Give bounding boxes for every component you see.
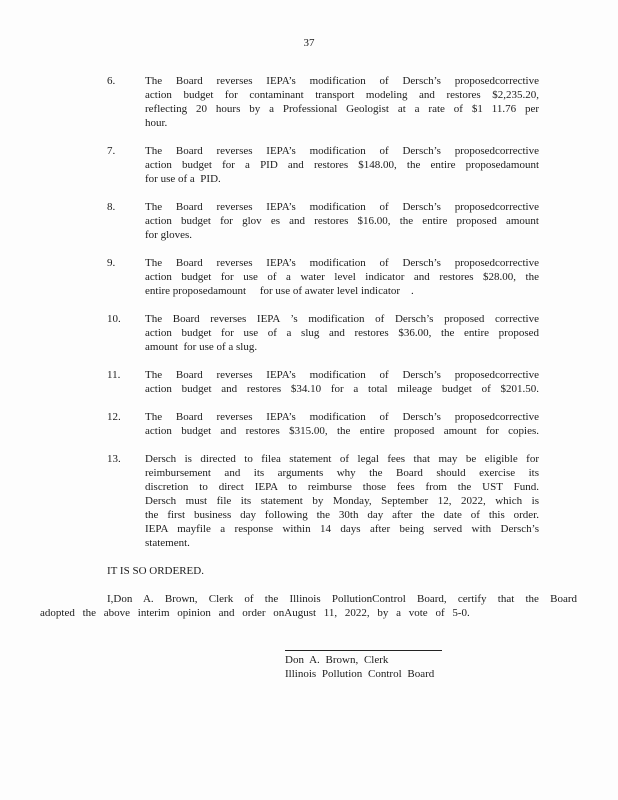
text-line: The Board reverses IEPA’s modification o… [145,74,539,88]
text-line: action budget and restores $315.00, the … [145,424,539,438]
order-list: 6.The Board reverses IEPA’s modification… [107,74,539,550]
text-line: Dersch must file its statement by Monday… [145,494,539,508]
text-line: The Board reverses IEPA’s modification o… [145,144,539,158]
item-number: 10. [107,312,145,354]
text-line: reimbursement and its arguments why the … [145,466,539,480]
signature-block: Don A. Brown, Clerk Illinois Pollution C… [285,650,455,681]
item-text: The Board reverses IEPA’s modification o… [145,368,539,396]
text-line: IEPA mayfile a response within 14 days a… [145,522,539,536]
order-item: 13.Dersch is directed to filea statement… [107,452,539,550]
text-line: The Board reverses IEPA’s modification o… [145,410,539,424]
text-line: hour. [145,116,539,130]
page-number: 37 [0,36,618,50]
item-number: 7. [107,144,145,186]
order-item: 12.The Board reverses IEPA’s modificatio… [107,410,539,438]
item-text: The Board reverses IEPA ’s modification … [145,312,539,354]
document-page: 37 6.The Board reverses IEPA’s modificat… [0,0,618,800]
item-text: Dersch is directed to filea statement of… [145,452,539,550]
certification-line-2: adopted the above interim opinion and or… [40,606,577,620]
text-line: action budget for a PID and restores $14… [145,158,539,172]
item-text: The Board reverses IEPA’s modification o… [145,144,539,186]
text-line: for use of a PID. [145,172,539,186]
item-number: 8. [107,200,145,242]
certification-paragraph: I,Don A. Brown, Clerk of the Illinois Po… [40,592,577,620]
text-line: amount for use of a slug. [145,340,539,354]
item-number: 13. [107,452,145,550]
order-item: 11.The Board reverses IEPA’s modificatio… [107,368,539,396]
text-line: the first business day following the 30t… [145,508,539,522]
item-text: The Board reverses IEPA’s modification o… [145,410,539,438]
text-line: discretion to direct IEPA to reimburse t… [145,480,539,494]
text-line: action budget for use of a water level i… [145,270,539,284]
text-line: The Board reverses IEPA’s modification o… [145,368,539,382]
item-text: The Board reverses IEPA’s modification o… [145,200,539,242]
text-line: The Board reverses IEPA’s modification o… [145,200,539,214]
order-item: 6.The Board reverses IEPA’s modification… [107,74,539,130]
text-line: for gloves. [145,228,539,242]
certification-line-1: I,Don A. Brown, Clerk of the Illinois Po… [40,592,577,606]
text-line: The Board reverses IEPA’s modification o… [145,256,539,270]
text-line: action budget for glov es and restores $… [145,214,539,228]
text-line: entire proposedamount for use of awater … [145,284,539,298]
text-line: action budget for contaminant transport … [145,88,539,102]
item-number: 11. [107,368,145,396]
text-line: reflecting 20 hours by a Professional Ge… [145,102,539,116]
order-item: 7.The Board reverses IEPA’s modification… [107,144,539,186]
signature-line [285,650,442,651]
item-number: 9. [107,256,145,298]
order-item: 10.The Board reverses IEPA ’s modificati… [107,312,539,354]
text-line: action budget for use of a slug and rest… [145,326,539,340]
item-text: The Board reverses IEPA’s modification o… [145,74,539,130]
order-item: 8.The Board reverses IEPA’s modification… [107,200,539,242]
text-line: Dersch is directed to filea statement of… [145,452,539,466]
signature-name: Don A. Brown, Clerk [285,653,455,667]
text-line: The Board reverses IEPA ’s modification … [145,312,539,326]
document-content: 6.The Board reverses IEPA’s modification… [0,74,618,681]
so-ordered-text: IT IS SO ORDERED. [107,564,618,578]
item-number: 6. [107,74,145,130]
item-text: The Board reverses IEPA’s modification o… [145,256,539,298]
item-number: 12. [107,410,145,438]
text-line: statement. [145,536,539,550]
order-item: 9.The Board reverses IEPA’s modification… [107,256,539,298]
text-line: action budget and restores $34.10 for a … [145,382,539,396]
signature-organization: Illinois Pollution Control Board [285,667,455,681]
